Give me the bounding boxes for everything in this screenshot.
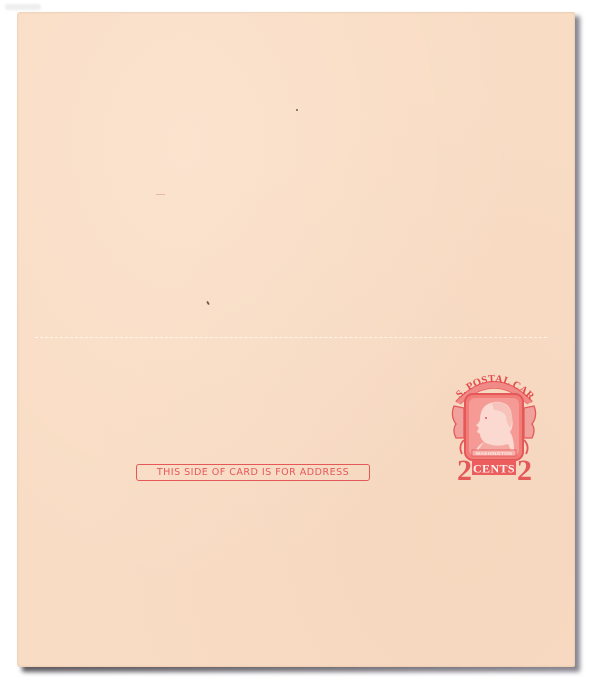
- address-instruction-text: THIS SIDE OF CARD IS FOR ADDRESS: [157, 467, 349, 478]
- scan-smudge: [5, 4, 41, 10]
- paper-speck: [296, 109, 298, 111]
- paper-speck: [156, 194, 165, 195]
- fold-perforation: [35, 337, 547, 338]
- stamp-portrait-label: WASHINGTON: [476, 451, 512, 456]
- stamp-denomination-right: 2: [517, 454, 532, 484]
- stamp-denomination-text: CENTS: [473, 462, 515, 476]
- paper-speck: [206, 301, 210, 305]
- stamp-graphic: U.S. POSTAL CARD WASHINGTON: [448, 368, 540, 484]
- stamp-denomination-left: 2: [457, 454, 472, 484]
- imprinted-stamp: U.S. POSTAL CARD WASHINGTON: [448, 368, 540, 484]
- postal-card: THIS SIDE OF CARD IS FOR ADDRESS U.S. PO…: [17, 12, 575, 667]
- address-instruction-box: THIS SIDE OF CARD IS FOR ADDRESS: [136, 464, 370, 481]
